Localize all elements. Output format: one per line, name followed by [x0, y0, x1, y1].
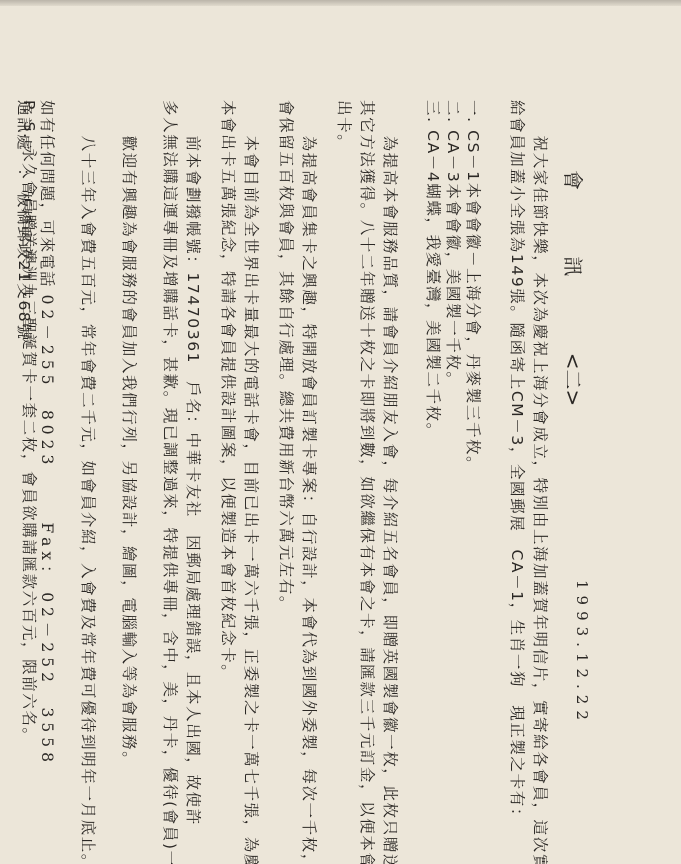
commemorative-line-1: 本會目前為全世界出卡量最大的電話卡會，目前已出卡一萬六千張，正委製之卡一萬七千張… [239, 100, 262, 820]
card-list-item: 三. CA－4蝴蝶，我愛臺灣，美國製二千枚。 [423, 100, 443, 820]
custom-cards-line-2: 會保留五百枚與會員，其餘自行處理。總共費用新台幣六萬元左右。 [274, 100, 297, 820]
intro-line-2: 給會員加蓋小全張為149張。隨函寄上CM－3，全國郵展 CA－1，生肖一狗 現正… [505, 100, 528, 820]
service-quality-line-3: 出卡。 [332, 100, 355, 820]
page-title: 會 訊 <二> [560, 170, 589, 406]
volunteers-paragraph: 歡迎有興趣為會服務的會員加入我們行列，另協設計，繪圖，電腦輸入等為會服務。 [117, 100, 140, 820]
commemorative-line-2: 本會出卡五萬張紀念，特請各會員提供設計圖案，以便製造本會首枚紀念卡。 [216, 100, 239, 820]
card-list-item: 一. CS－1本會會徽－上海分會，丹麥製三千枚。 [463, 100, 483, 820]
account-line-2: 多人無法購這運專冊及增購話卡，甚歉。現已調整過來，特提供專冊，含中，美，丹卡，優… [158, 100, 181, 820]
account-line-1: 前本會劃撥帳號：17470361 戶名：中華卡友社 因郵局處理錯誤，且本人出國，… [181, 100, 204, 820]
header: 會 訊 <二> 1993.12.22 [549, 0, 589, 864]
card-list-item: 二. CA－3本會會徽，美國製一千枚。 [443, 100, 463, 820]
service-quality-line-1: 為提高本會服務品質，請會員介紹朋友入會，每介紹五名會員，即贈英國製會徽一枚，此枚… [378, 100, 401, 820]
custom-cards-line-1: 為提高會員集卡之興趣，特開放會員訂製卡專案：自行設計，本會代為到國外委製，每次一… [297, 100, 320, 820]
fees-paragraph: 八十三年入會費五百元，常年會費二千元，如會員介紹，入會費及常年費可優待到明年一月… [76, 100, 99, 820]
intro-line-1: 祝大家佳節快樂，本次為慶祝上海分會成立，特別由上海加蓋賀年明信片，實寄給各會員，… [528, 100, 551, 820]
issue-date: 1993.12.22 [573, 580, 591, 726]
service-quality-line-2: 其它方法獲得。八十二年贈送十枚之卡即將到數，如欲繼保有本會之卡，請匯款三千元訂金… [355, 100, 378, 820]
postscript: P. S. 永久會員贈送澳洲九三聖誕賀卡一套二枚，會員欲購請匯款六百元，限前六名… [19, 100, 41, 745]
newsletter-page: 會 訊 <二> 1993.12.22 祝大家佳節快樂，本次為慶祝上海分會成立，特… [0, 0, 681, 864]
newsletter-body: 祝大家佳節快樂，本次為慶祝上海分會成立，特別由上海加蓋賀年明信片，實寄給各會員，… [12, 100, 551, 820]
